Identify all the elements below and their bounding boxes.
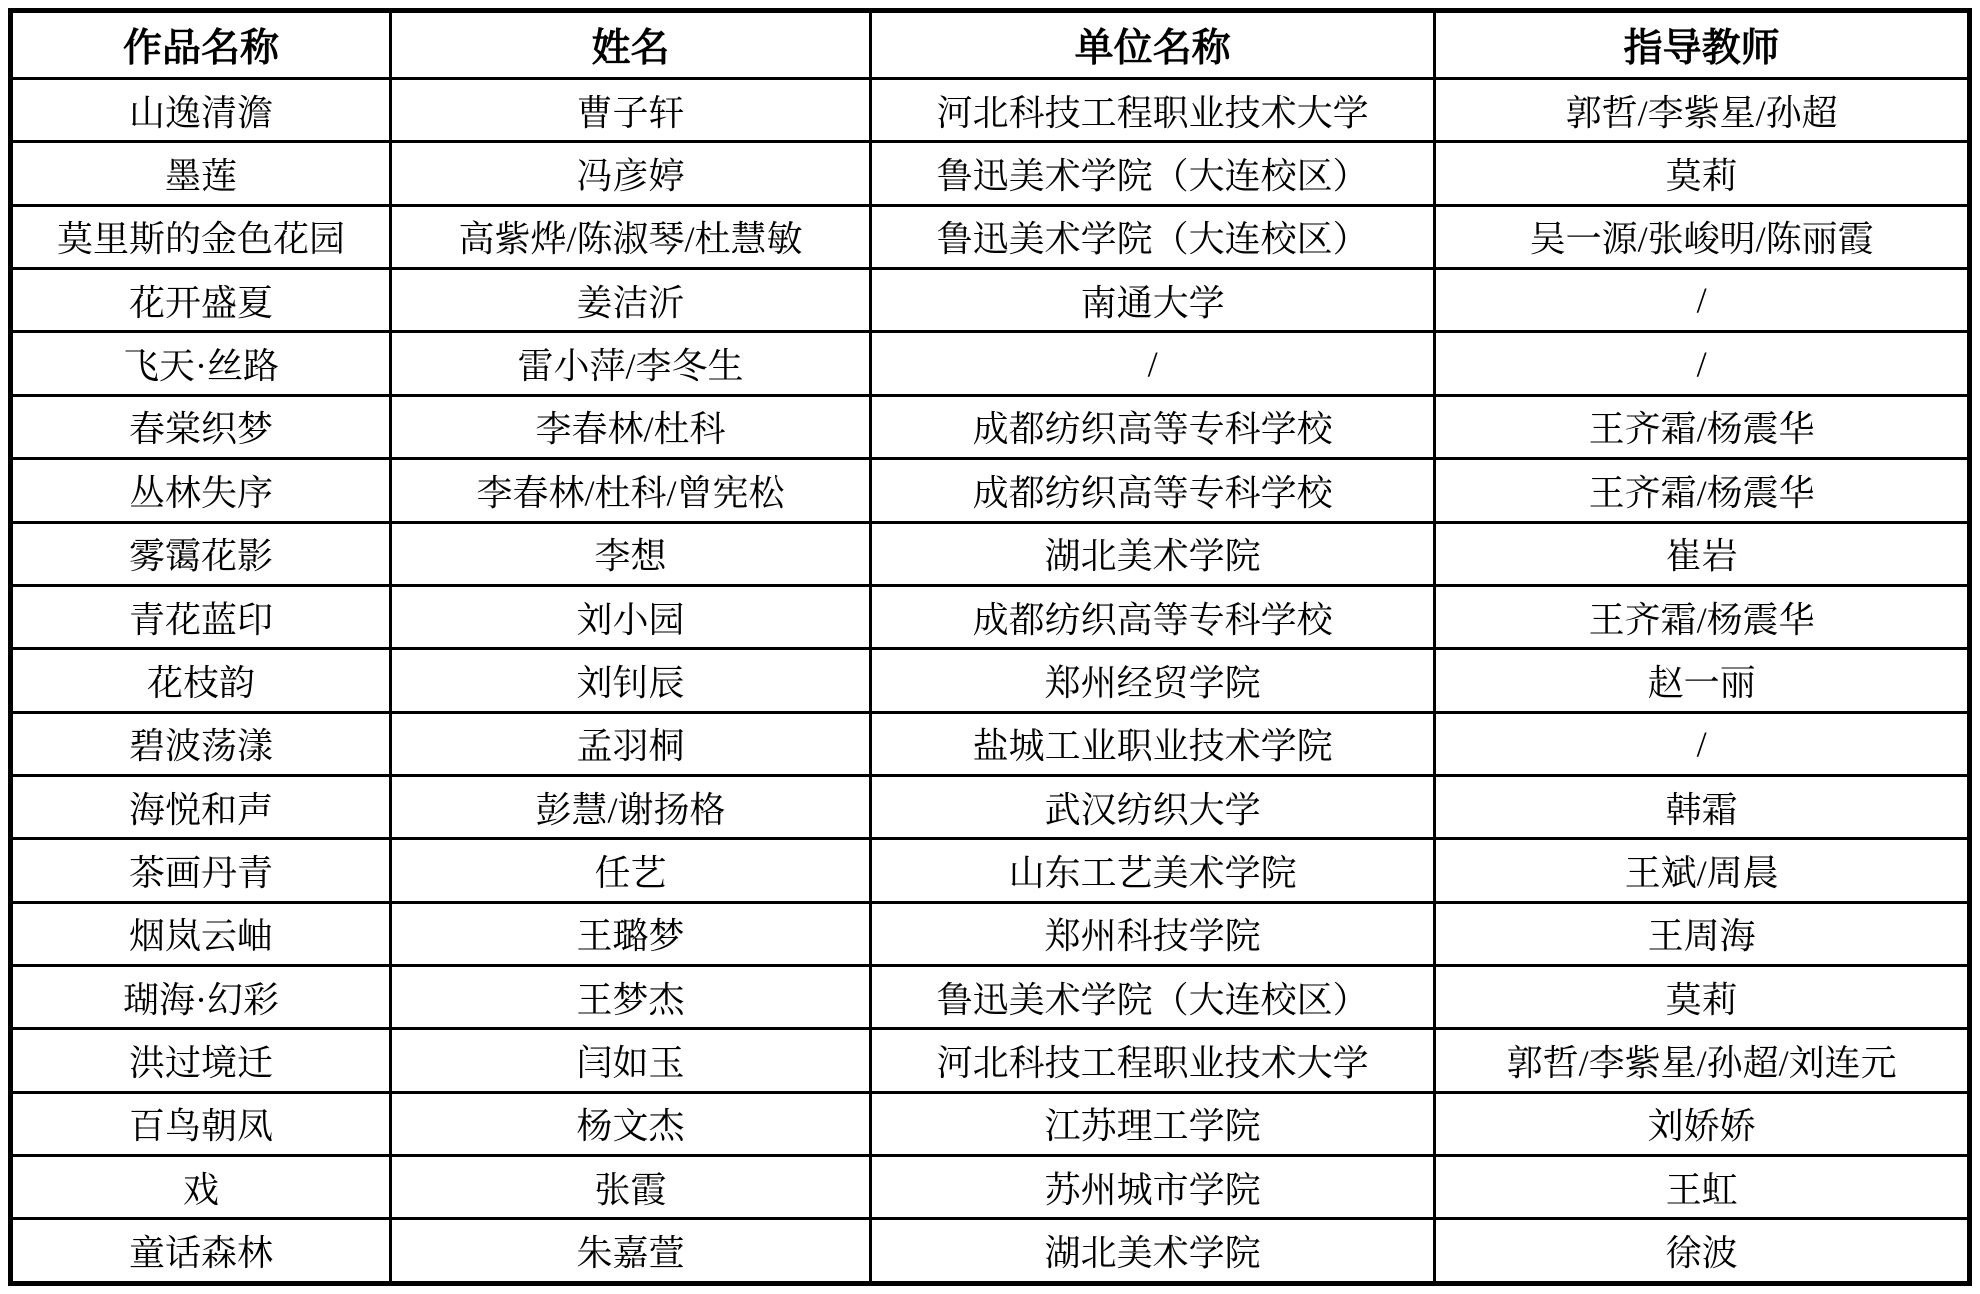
table-row: 洪过境迁闫如玉河北科技工程职业技术大学郭哲/李紫星/孙超/刘连元	[11, 1029, 1970, 1092]
cell-work-title: 瑚海·幻彩	[11, 966, 391, 1029]
cell-institution-name: 武汉纺织大学	[870, 775, 1434, 838]
cell-institution-name: 湖北美术学院	[870, 522, 1434, 585]
cell-institution-name: 苏州城市学院	[870, 1156, 1434, 1219]
cell-advisor-name: 王齐霜/杨震华	[1435, 585, 1970, 648]
table-row: 花枝韵刘钊辰郑州经贸学院赵一丽	[11, 649, 1970, 712]
table-row: 春棠织梦李春林/杜科成都纺织高等专科学校王齐霜/杨震华	[11, 395, 1970, 458]
cell-institution-name: 湖北美术学院	[870, 1219, 1434, 1284]
cell-author-name: 李春林/杜科	[391, 395, 871, 458]
cell-work-title: 花开盛夏	[11, 269, 391, 332]
table-row: 莫里斯的金色花园高紫烨/陈淑琴/杜慧敏鲁迅美术学院（大连校区）吴一源/张峻明/陈…	[11, 205, 1970, 268]
cell-work-title: 春棠织梦	[11, 395, 391, 458]
table-row: 山逸清澹曹子轩河北科技工程职业技术大学郭哲/李紫星/孙超	[11, 79, 1970, 142]
cell-advisor-name: /	[1435, 332, 1970, 395]
awards-table-container: 作品名称姓名单位名称指导教师 山逸清澹曹子轩河北科技工程职业技术大学郭哲/李紫星…	[8, 8, 1972, 1286]
cell-advisor-name: 赵一丽	[1435, 649, 1970, 712]
table-row: 墨莲冯彦婷鲁迅美术学院（大连校区）莫莉	[11, 142, 1970, 205]
cell-advisor-name: 莫莉	[1435, 142, 1970, 205]
cell-advisor-name: /	[1435, 269, 1970, 332]
cell-author-name: 朱嘉萱	[391, 1219, 871, 1284]
table-row: 碧波荡漾孟羽桐盐城工业职业技术学院/	[11, 712, 1970, 775]
cell-author-name: 李想	[391, 522, 871, 585]
cell-institution-name: 鲁迅美术学院（大连校区）	[870, 205, 1434, 268]
cell-institution-name: 鲁迅美术学院（大连校区）	[870, 142, 1434, 205]
cell-advisor-name: 王齐霜/杨震华	[1435, 459, 1970, 522]
cell-work-title: 百鸟朝凤	[11, 1092, 391, 1155]
column-header-work-title: 作品名称	[11, 11, 391, 79]
table-header: 作品名称姓名单位名称指导教师	[11, 11, 1970, 79]
cell-advisor-name: 莫莉	[1435, 966, 1970, 1029]
cell-work-title: 莫里斯的金色花园	[11, 205, 391, 268]
cell-work-title: 海悦和声	[11, 775, 391, 838]
cell-work-title: 雾霭花影	[11, 522, 391, 585]
table-row: 飞天·丝路雷小萍/李冬生//	[11, 332, 1970, 395]
cell-work-title: 洪过境迁	[11, 1029, 391, 1092]
column-header-author-name: 姓名	[391, 11, 871, 79]
table-row: 青花蓝印刘小园成都纺织高等专科学校王齐霜/杨震华	[11, 585, 1970, 648]
cell-work-title: 戏	[11, 1156, 391, 1219]
table-body: 山逸清澹曹子轩河北科技工程职业技术大学郭哲/李紫星/孙超墨莲冯彦婷鲁迅美术学院（…	[11, 79, 1970, 1284]
cell-institution-name: 成都纺织高等专科学校	[870, 459, 1434, 522]
cell-advisor-name: 吴一源/张峻明/陈丽霞	[1435, 205, 1970, 268]
cell-advisor-name: 徐波	[1435, 1219, 1970, 1284]
cell-advisor-name: 郭哲/李紫星/孙超/刘连元	[1435, 1029, 1970, 1092]
cell-advisor-name: 韩霜	[1435, 775, 1970, 838]
cell-advisor-name: /	[1435, 712, 1970, 775]
cell-work-title: 青花蓝印	[11, 585, 391, 648]
cell-author-name: 姜洁沂	[391, 269, 871, 332]
cell-advisor-name: 王斌/周晨	[1435, 839, 1970, 902]
cell-institution-name: 河北科技工程职业技术大学	[870, 79, 1434, 142]
header-row: 作品名称姓名单位名称指导教师	[11, 11, 1970, 79]
table-row: 雾霭花影李想湖北美术学院崔岩	[11, 522, 1970, 585]
cell-advisor-name: 王周海	[1435, 902, 1970, 965]
cell-advisor-name: 崔岩	[1435, 522, 1970, 585]
cell-institution-name: 成都纺织高等专科学校	[870, 395, 1434, 458]
cell-work-title: 烟岚云岫	[11, 902, 391, 965]
cell-author-name: 任艺	[391, 839, 871, 902]
cell-advisor-name: 刘娇娇	[1435, 1092, 1970, 1155]
cell-institution-name: 河北科技工程职业技术大学	[870, 1029, 1434, 1092]
cell-author-name: 李春林/杜科/曾宪松	[391, 459, 871, 522]
cell-advisor-name: 郭哲/李紫星/孙超	[1435, 79, 1970, 142]
cell-work-title: 飞天·丝路	[11, 332, 391, 395]
cell-institution-name: 郑州经贸学院	[870, 649, 1434, 712]
cell-institution-name: 山东工艺美术学院	[870, 839, 1434, 902]
cell-author-name: 彭慧/谢扬格	[391, 775, 871, 838]
cell-author-name: 刘小园	[391, 585, 871, 648]
cell-institution-name: 江苏理工学院	[870, 1092, 1434, 1155]
cell-author-name: 冯彦婷	[391, 142, 871, 205]
table-row: 花开盛夏姜洁沂南通大学/	[11, 269, 1970, 332]
cell-work-title: 墨莲	[11, 142, 391, 205]
table-row: 瑚海·幻彩王梦杰鲁迅美术学院（大连校区）莫莉	[11, 966, 1970, 1029]
table-row: 丛林失序李春林/杜科/曾宪松成都纺织高等专科学校王齐霜/杨震华	[11, 459, 1970, 522]
cell-work-title: 碧波荡漾	[11, 712, 391, 775]
table-row: 海悦和声彭慧/谢扬格武汉纺织大学韩霜	[11, 775, 1970, 838]
cell-author-name: 闫如玉	[391, 1029, 871, 1092]
cell-advisor-name: 王齐霜/杨震华	[1435, 395, 1970, 458]
cell-institution-name: 盐城工业职业技术学院	[870, 712, 1434, 775]
column-header-advisor-name: 指导教师	[1435, 11, 1970, 79]
cell-advisor-name: 王虹	[1435, 1156, 1970, 1219]
cell-work-title: 花枝韵	[11, 649, 391, 712]
cell-author-name: 王梦杰	[391, 966, 871, 1029]
cell-author-name: 杨文杰	[391, 1092, 871, 1155]
cell-institution-name: 郑州科技学院	[870, 902, 1434, 965]
cell-institution-name: 鲁迅美术学院（大连校区）	[870, 966, 1434, 1029]
column-header-institution-name: 单位名称	[870, 11, 1434, 79]
table-row: 童话森林朱嘉萱湖北美术学院徐波	[11, 1219, 1970, 1284]
cell-author-name: 曹子轩	[391, 79, 871, 142]
cell-work-title: 茶画丹青	[11, 839, 391, 902]
cell-institution-name: 成都纺织高等专科学校	[870, 585, 1434, 648]
table-row: 茶画丹青任艺山东工艺美术学院王斌/周晨	[11, 839, 1970, 902]
cell-work-title: 山逸清澹	[11, 79, 391, 142]
cell-author-name: 孟羽桐	[391, 712, 871, 775]
cell-author-name: 雷小萍/李冬生	[391, 332, 871, 395]
cell-institution-name: 南通大学	[870, 269, 1434, 332]
cell-author-name: 张霞	[391, 1156, 871, 1219]
table-row: 戏张霞苏州城市学院王虹	[11, 1156, 1970, 1219]
cell-author-name: 刘钊辰	[391, 649, 871, 712]
cell-author-name: 高紫烨/陈淑琴/杜慧敏	[391, 205, 871, 268]
table-row: 百鸟朝凤杨文杰江苏理工学院刘娇娇	[11, 1092, 1970, 1155]
table-row: 烟岚云岫王璐梦郑州科技学院王周海	[11, 902, 1970, 965]
cell-work-title: 丛林失序	[11, 459, 391, 522]
awards-table: 作品名称姓名单位名称指导教师 山逸清澹曹子轩河北科技工程职业技术大学郭哲/李紫星…	[8, 8, 1972, 1286]
cell-institution-name: /	[870, 332, 1434, 395]
cell-author-name: 王璐梦	[391, 902, 871, 965]
cell-work-title: 童话森林	[11, 1219, 391, 1284]
